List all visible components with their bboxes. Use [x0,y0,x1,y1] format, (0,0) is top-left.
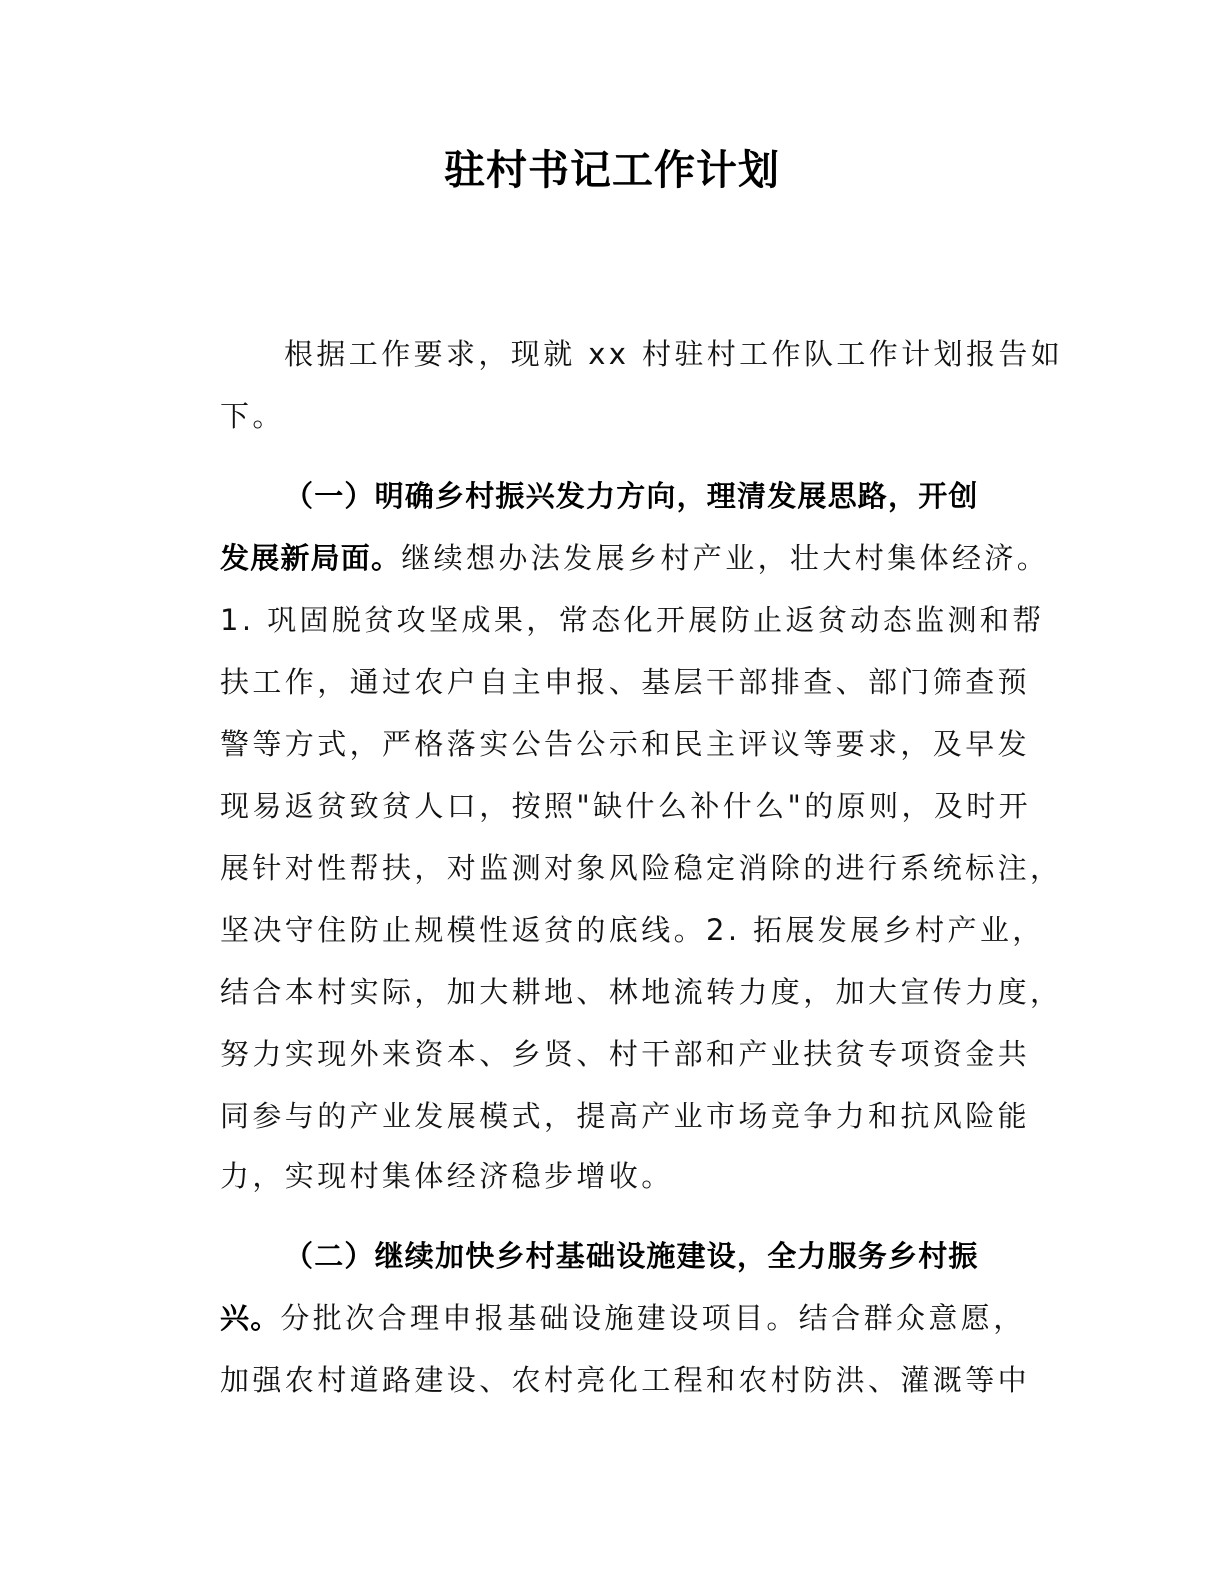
section1-body-line: 结合本村实际，加大耕地、林地流转力度，加大宣传力度， [220,972,1040,1012]
section1-heading-end: 发展新局面。 [220,541,401,575]
section1-heading: （一）明确乡村振兴发力方向，理清发展思路，开创 [284,476,1104,516]
section1-body-line: 扶工作，通过农户自主申报、基层干部排查、部门筛查预 [220,662,1040,702]
section1-body-line: 警等方式，严格落实公告公示和民主评议等要求，及早发 [220,724,1040,764]
section1-body-line: 现易返贫致贫人口，按照"缺什么补什么"的原则，及时开 [220,786,1040,826]
intro-line-1: 根据工作要求，现就 xx 村驻村工作队工作计划报告如 [284,334,1104,374]
section2-heading: （二）继续加快乡村基础设施建设，全力服务乡村振 [284,1236,1104,1276]
section2-heading-end: 兴。 [220,1301,280,1335]
document-title: 驻村书记工作计划 [0,144,1224,196]
section1-body-line: 1. 巩固脱贫攻坚成果，常态化开展防止返贫动态监测和帮 [220,600,1040,640]
section1-body-line: 展针对性帮扶，对监测对象风险稳定消除的进行系统标注， [220,848,1040,888]
section2-line-2: 兴。分批次合理申报基础设施建设项目。结合群众意愿， [220,1298,1040,1338]
section2-body-line: 加强农村道路建设、农村亮化工程和农村防洪、灌溉等中 [220,1360,1040,1400]
section2-line-2-text: 分批次合理申报基础设施建设项目。结合群众意愿， [280,1301,1025,1335]
section1-line-2: 发展新局面。继续想办法发展乡村产业，壮大村集体经济。 [220,538,1040,578]
intro-line-2: 下。 [220,396,1040,436]
section1-body-line: 同参与的产业发展模式，提高产业市场竞争力和抗风险能 [220,1096,1040,1136]
section1-body-line: 坚决守住防止规模性返贫的底线。2. 拓展发展乡村产业， [220,910,1040,950]
section1-body-line: 努力实现外来资本、乡贤、村干部和产业扶贫专项资金共 [220,1034,1040,1074]
section1-line-2-text: 继续想办法发展乡村产业，壮大村集体经济。 [401,541,1049,575]
document-page: 驻村书记工作计划 根据工作要求，现就 xx 村驻村工作队工作计划报告如 下。 （… [0,0,1224,1584]
section1-body-line: 力，实现村集体经济稳步增收。 [220,1156,1040,1196]
